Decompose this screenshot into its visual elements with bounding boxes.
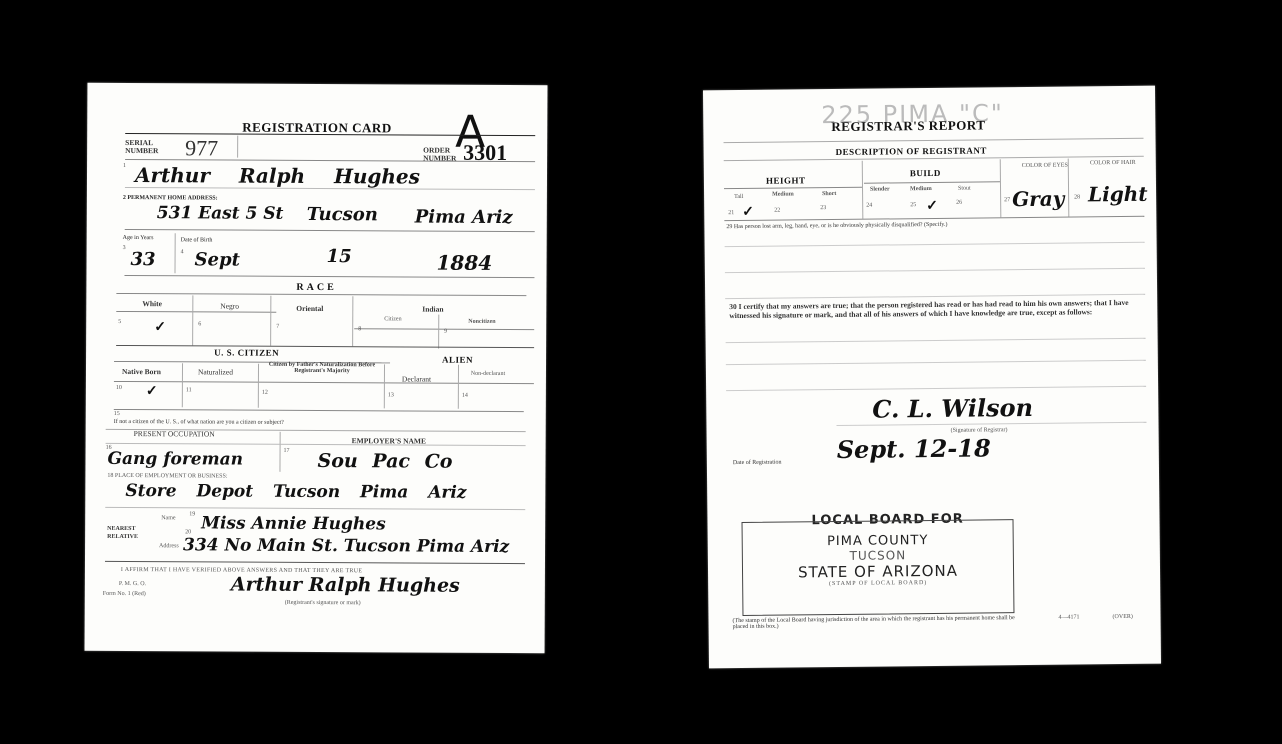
stamp-note: (The stamp of the Local Board having jur… [733, 615, 1023, 630]
field-num: 15 [114, 411, 120, 417]
relative-name-label: Name [161, 515, 175, 521]
over-label: (OVER) [1112, 614, 1132, 620]
height-short-label: Short [822, 191, 836, 197]
eye-color-value: Gray [1012, 187, 1064, 212]
form-id-number: Form No. 1 (Red) [103, 591, 146, 597]
nearest-relative-label: NEAREST RELATIVE [107, 525, 143, 541]
field-num: 14 [462, 393, 468, 399]
native-born-label: Native Born [122, 367, 161, 376]
place-value: Store Depot Tucson Pima Ariz [125, 481, 466, 503]
height-tall-label: Tall [734, 194, 743, 200]
race-indian-label: Indian [422, 305, 443, 314]
age-value: 33 [131, 249, 156, 270]
registrar-signature: C. L. Wilson [872, 393, 1033, 424]
field-num: 4 [181, 249, 184, 255]
alien-heading: ALIEN [442, 355, 473, 365]
field-num: 3 [123, 245, 126, 251]
race-white-label: White [142, 299, 162, 308]
order-number: 3301 [463, 140, 507, 166]
report-title: REGISTRAR'S REPORT [831, 117, 985, 135]
build-medium-label: Medium [910, 186, 932, 192]
relative-name-value: Miss Annie Hughes [201, 513, 386, 534]
registration-card-front: REGISTRATION CARD A SERIAL NUMBER 977 OR… [85, 83, 548, 653]
field-num: 26 [956, 200, 962, 206]
local-board-stamp-box: PIMA COUNTY TUCSON STATE OF ARIZONA (STA… [742, 519, 1015, 616]
description-heading: DESCRIPTION OF REGISTRANT [836, 145, 987, 157]
address-city: Tucson [307, 204, 378, 225]
occupation-label: PRESENT OCCUPATION [134, 429, 215, 438]
dob-label: Date of Birth [181, 237, 213, 243]
race-indian-noncitizen-label: Noncitizen [468, 319, 495, 325]
us-citizen-heading: U. S. CITIZEN [214, 347, 279, 357]
employer-value: Sou Pac Co [317, 450, 452, 473]
address-county-state: Pima Ariz [415, 207, 513, 229]
registrant-signature: Arthur Ralph Hughes [231, 574, 460, 597]
occupation-value: Gang foreman [107, 449, 243, 470]
registrant-name: Arthur Ralph Hughes [135, 163, 420, 188]
field-num: 10 [116, 385, 122, 391]
build-medium-checkmark: ✓ [926, 198, 938, 215]
field-num: 25 [910, 202, 916, 208]
field-num: 9 [444, 329, 447, 335]
q29-text: 29 Has person lost arm, leg, hand, eye, … [726, 220, 1126, 230]
build-stout-label: Stout [958, 186, 971, 192]
serial-number: 977 [185, 135, 218, 161]
native-born-checkmark: ✓ [146, 383, 158, 400]
field-num: 19 [189, 511, 195, 517]
registrars-report-back: 225 PIMA "C" REGISTRAR'S REPORT DESCRIPT… [703, 86, 1161, 669]
field-num: 23 [820, 205, 826, 211]
race-negro-label: Negro [220, 301, 239, 310]
height-tall-checkmark: ✓ [742, 204, 754, 221]
field-num: 6 [198, 321, 201, 327]
relative-address-label: Address [159, 543, 179, 549]
form-code: 4—4171 [1058, 614, 1079, 620]
field-num: 13 [388, 392, 394, 398]
eyes-heading: COLOR OF EYES [1020, 163, 1070, 170]
address-label: 2 PERMANENT HOME ADDRESS: [123, 195, 218, 201]
field-num: 7 [276, 324, 279, 330]
dob-month: Sept [195, 249, 240, 270]
field-num: 24 [866, 203, 872, 209]
field-num: 1 [123, 163, 126, 169]
height-medium-label: Medium [772, 191, 794, 197]
hair-color-value: Light [1088, 182, 1148, 207]
date-label: Date of Registration [733, 460, 782, 467]
serial-label: SERIAL NUMBER [125, 139, 161, 155]
height-heading: HEIGHT [766, 175, 806, 185]
race-oriental-label: Oriental [296, 304, 323, 313]
field-num: 28 [1074, 194, 1080, 200]
registration-date: Sept. 12-18 [837, 433, 991, 464]
field-num: 22 [774, 208, 780, 214]
place-label: 18 PLACE OF EMPLOYMENT OR BUSINESS: [107, 473, 227, 480]
address-street: 531 East 5 St [157, 203, 284, 224]
race-white-checkmark: ✓ [154, 319, 166, 336]
field-num: 27 [1004, 197, 1010, 203]
relative-address-value: 334 No Main St. Tucson Pima Ariz [183, 535, 509, 557]
field-num: 11 [186, 387, 192, 393]
race-heading: RACE [296, 282, 336, 293]
field-num: 8 [358, 326, 361, 332]
dob-year: 1884 [436, 251, 492, 275]
field-num: 17 [284, 448, 290, 454]
build-slender-label: Slender [870, 186, 890, 192]
naturalized-label: Naturalized [198, 367, 233, 376]
non-declarant-label: Non-declarant [468, 371, 508, 377]
dob-day: 15 [327, 246, 352, 267]
signature-label: (Registrant's signature or mark) [285, 600, 361, 606]
field-num: 12 [262, 390, 268, 396]
race-indian-citizen-label: Citizen [384, 316, 401, 322]
field-num: 21 [728, 210, 734, 216]
citizen-by-father-label: Citizen by Father's Naturalization Befor… [262, 362, 382, 375]
q15-text: If not a citizen of the U. S., of what n… [114, 419, 284, 426]
build-heading: BUILD [910, 168, 941, 178]
hair-heading: COLOR OF HAIR [1088, 160, 1138, 167]
form-id-pmgo: P. M. G. O. [119, 581, 146, 587]
field-num: 5 [118, 319, 121, 325]
q30-certification-text: 30 I certify that my answers are true; t… [729, 298, 1129, 320]
age-label: Age in Years [123, 235, 154, 241]
